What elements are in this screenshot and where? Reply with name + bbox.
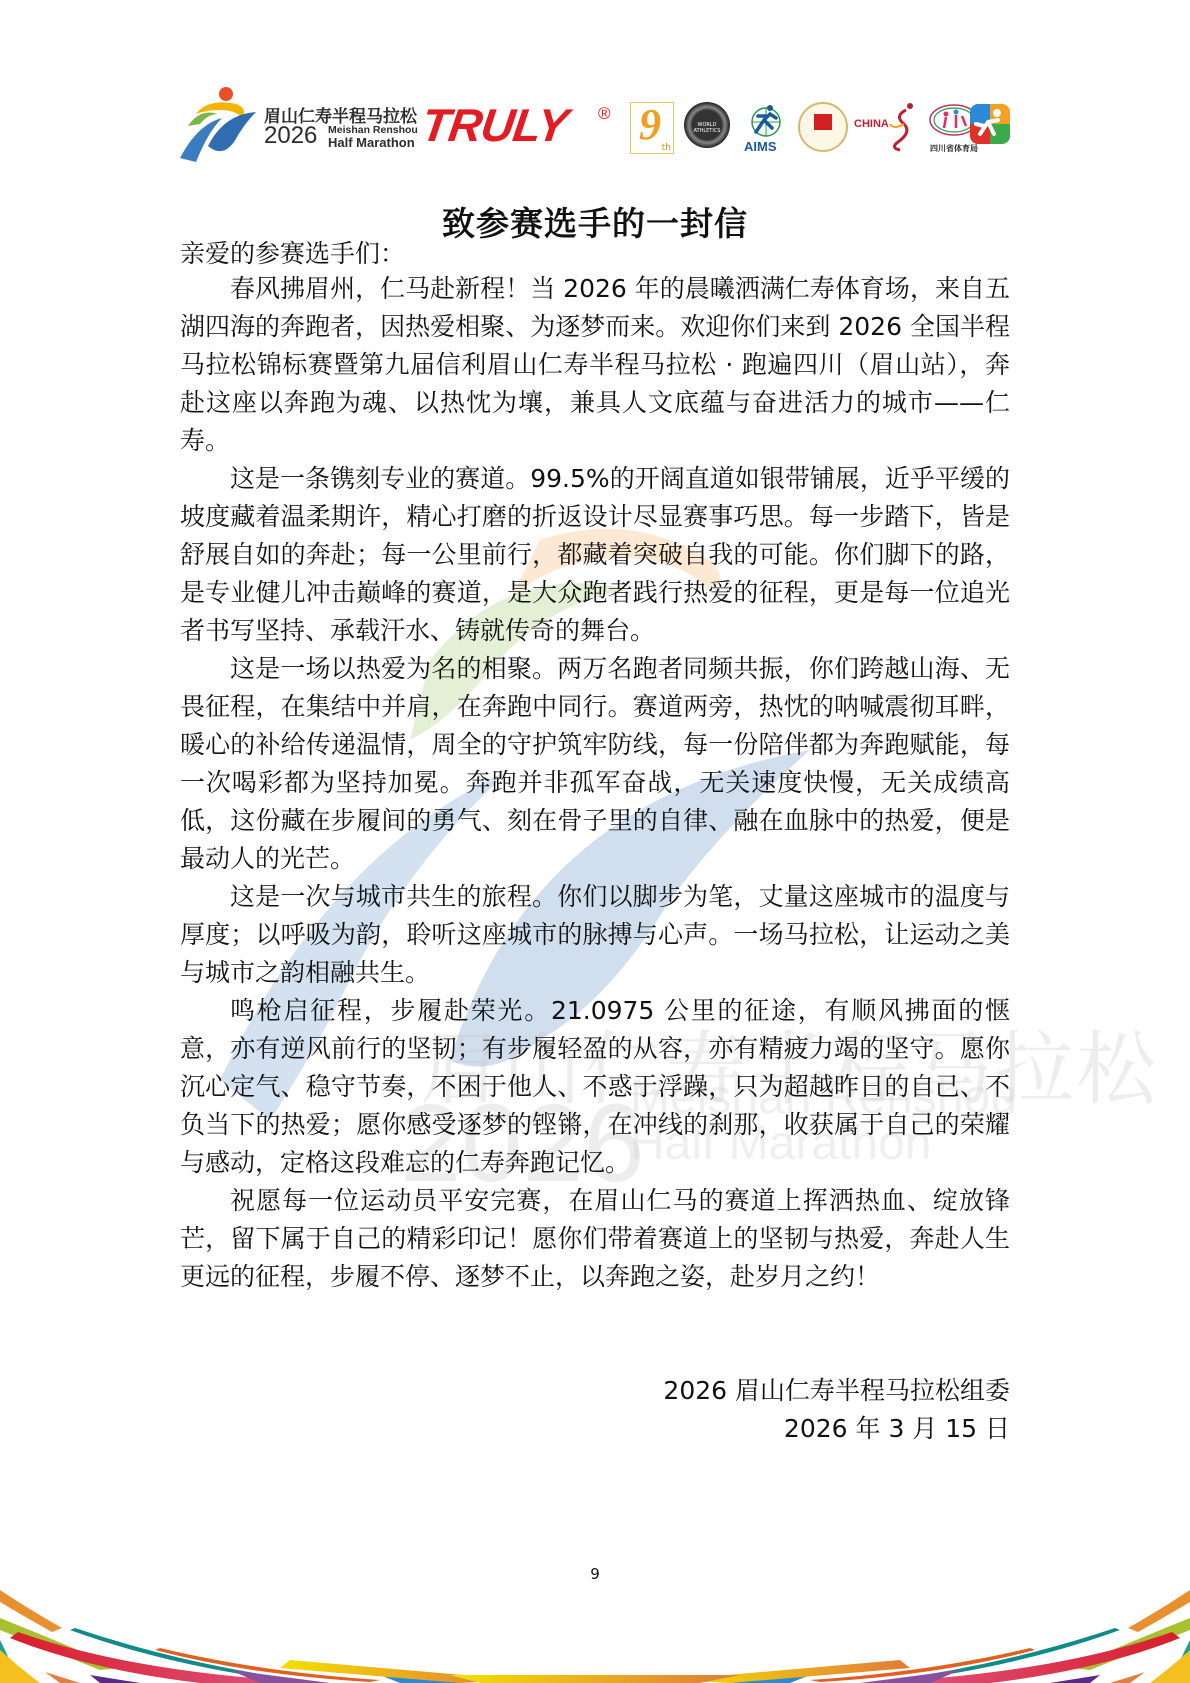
paragraph-city: 这是一次与城市共生的旅程。你们以脚步为笔，丈量这座城市的温度与厚度；以呼吸为韵，… [180, 878, 1010, 992]
signature-organizer: 2026 眉山仁寿半程马拉松组委 [663, 1372, 1010, 1410]
paragraph-race: 鸣枪启征程，步履赴荣光。21.0975 公里的征途，有顺风拂面的惬意，亦有逆风前… [180, 992, 1010, 1182]
paragraph-course: 这是一条镌刻专业的赛道。99.5%的开阔直道如银带铺展，近乎平缓的坡度藏着温柔期… [180, 460, 1010, 650]
letter-title: 致参赛选手的一封信 [0, 198, 1190, 245]
registered-mark: ® [598, 104, 611, 124]
running-figure-icon [970, 104, 1010, 144]
letter-signature: 2026 眉山仁寿半程马拉松组委 2026 年 3 月 15 日 [663, 1372, 1010, 1448]
header-logo-bar: 眉山仁寿半程马拉松 2026 Meishan Renshou Half Mara… [178, 82, 1010, 162]
footer-ribbon-decoration [0, 1580, 1190, 1683]
paragraph-wishes: 祝愿每一位运动员平安完赛，在眉山仁马的赛道上挥洒热血、绽放锋芒，留下属于自己的精… [180, 1182, 1010, 1296]
marathon-runner-icon [854, 102, 916, 152]
chinese-athletics-association-logo [798, 102, 848, 152]
sichuan-athletics-logo [970, 104, 1010, 144]
paragraph-gathering: 这是一场以热爱为名的相聚。两万名跑者同频共振，你们跨越山海、无畏征程，在集结中并… [180, 650, 1010, 878]
ninth-edition-logo: 9 th [630, 102, 674, 154]
flag-icon [814, 114, 832, 130]
world-athletics-label-logo: WORLD ATHLETICS [684, 102, 730, 148]
paragraph-welcome: 春风拂眉州，仁马赴新程！当 2026 年的晨曦洒满仁寿体育场，来自五湖四海的奔跑… [180, 270, 1010, 460]
event-logo: 眉山仁寿半程马拉松 2026 Meishan Renshou Half Mara… [178, 84, 418, 162]
china-marathon-logo: CHINA [854, 102, 916, 152]
event-year: 2026 [264, 122, 317, 150]
aims-runner-icon [740, 102, 786, 140]
sponsor-logo-truly: TRULY [419, 102, 570, 148]
runner-logo-icon [178, 84, 264, 162]
aims-logo: AIMS [740, 102, 786, 152]
letter-body: 春风拂眉州，仁马赴新程！当 2026 年的晨曦洒满仁寿体育场，来自五湖四海的奔跑… [180, 270, 1010, 1296]
signature-date: 2026 年 3 月 15 日 [663, 1410, 1010, 1448]
event-name-en-line2: Half Marathon [328, 135, 415, 150]
letter-greeting: 亲爱的参赛选手们： [180, 234, 405, 270]
